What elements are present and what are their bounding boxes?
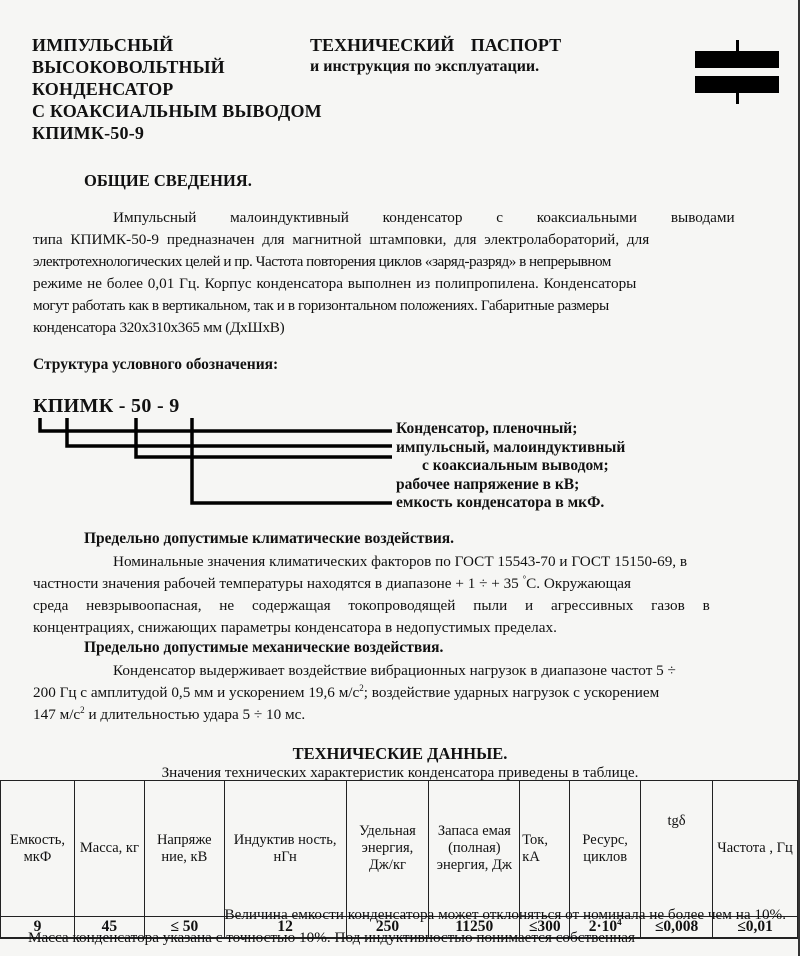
legend-item: импульсный, малоиндуктивный (396, 439, 625, 458)
climatic-section-title: Предельно допустимые климатические возде… (84, 530, 454, 548)
column-header: Ток, кА (520, 781, 570, 917)
legend-item: Конденсатор, пленочный; (396, 420, 625, 439)
general-line: Импульсный малоиндуктивный конденсатор с… (33, 207, 785, 229)
text-line: и длительностью удара 5 ÷ 10 мс. (85, 706, 305, 723)
capacitor-symbol-icon (695, 40, 783, 106)
column-header: Частота , Гц (713, 781, 798, 917)
mechanical-line: 147 м/с2 и длительностью удара 5 ÷ 10 мс… (33, 704, 788, 726)
climatic-paragraph: Номинальные значения климатических факто… (33, 551, 788, 639)
text-line: 147 м/с (33, 706, 80, 723)
product-title-line: КОНДЕНСАТОР (32, 78, 322, 100)
mechanical-line: Конденсатор выдерживает воздействие вибр… (33, 660, 788, 682)
document-title: ТЕХНИЧЕСКИЙ ПАСПОРТ (310, 34, 561, 56)
mechanical-line: 200 Гц с амплитудой 0,5 мм и ускорением … (33, 682, 788, 704)
climatic-line: концентрациях, снижающих параметры конде… (33, 617, 788, 639)
note-line: Величина емкости конденсатора может откл… (224, 906, 786, 924)
general-section-title: ОБЩИЕ СВЕДЕНИЯ. (84, 171, 252, 191)
column-header: Запаса емая (полная) энергия, Дж (429, 781, 520, 917)
product-title-line: С КОАКСИАЛЬНЫМ ВЫВОДОМ (32, 100, 322, 122)
mechanical-paragraph: Конденсатор выдерживает воздействие вибр… (33, 660, 788, 726)
text-line: С. Окружающая (526, 575, 631, 592)
legend-item: рабочее напряжение в кВ; (396, 476, 625, 495)
product-model: КПИМК-50-9 (32, 122, 322, 144)
legend-item: емкость конденсатора в мкФ. (396, 494, 625, 513)
general-paragraph: Импульсный малоиндуктивный конденсатор с… (33, 207, 785, 339)
general-line: конденсатора 320х310х365 мм (ДхШхВ) (33, 317, 785, 339)
climatic-line: частности значения рабочей температуры н… (33, 573, 788, 595)
designation-legend: Конденсатор, пленочный; импульсный, мало… (396, 420, 625, 513)
general-line: режиме не более 0,01 Гц. Корпус конденса… (33, 273, 785, 295)
general-line: могут работать как в вертикальном, так и… (33, 295, 785, 317)
column-header: tgδ (641, 781, 713, 917)
text-line: ; воздействие ударных нагрузок с ускорен… (364, 684, 659, 701)
column-header: Емкость, мкФ (1, 781, 75, 917)
table-header-row: Емкость, мкФ Масса, кг Напряже ние, кВ И… (1, 781, 798, 917)
text-line: частности значения рабочей температуры н… (33, 575, 523, 592)
mechanical-section-title: Предельно допустимые механические воздей… (84, 639, 443, 657)
designation-diagram-lines (30, 418, 400, 510)
column-header: Масса, кг (74, 781, 144, 917)
product-title-line: ВЫСОКОВОЛЬТНЫЙ (32, 56, 322, 78)
text-line: Импульсный малоиндуктивный конденсатор с… (113, 207, 735, 229)
climatic-line: Номинальные значения климатических факто… (33, 551, 788, 573)
text-line: 200 Гц с амплитудой 0,5 мм и ускорением … (33, 684, 359, 701)
product-title-line: ИМПУЛЬСНЫЙ (32, 34, 322, 56)
general-line: типа КПИМК-50-9 предназначен для магнитн… (33, 229, 785, 251)
designation-code: КПИМК - 50 - 9 (33, 395, 180, 418)
column-header: Индуктив ность, нГн (224, 781, 346, 917)
column-header: Напряже ние, кВ (144, 781, 224, 917)
climatic-line: среда невзрывоопасная, не содержащая ток… (33, 595, 788, 617)
product-title: ИМПУЛЬСНЫЙ ВЫСОКОВОЛЬТНЫЙ КОНДЕНСАТОР С … (32, 34, 322, 144)
document-subtitle: и инструкция по эксплуатации. (310, 56, 539, 78)
designation-title: Структура условного обозначения: (33, 356, 278, 374)
column-header: Ресурс, циклов (570, 781, 641, 917)
note-line: Масса конденсатора указана с точностью 1… (28, 929, 635, 947)
general-line: электротехнологических целей и пр. Часто… (33, 251, 785, 273)
column-header: Удельная энергия, Дж/кг (346, 781, 429, 917)
legend-item: с коаксиальным выводом; (396, 457, 625, 476)
tech-data-title: ТЕХНИЧЕСКИЕ ДАННЫЕ. (0, 744, 800, 764)
